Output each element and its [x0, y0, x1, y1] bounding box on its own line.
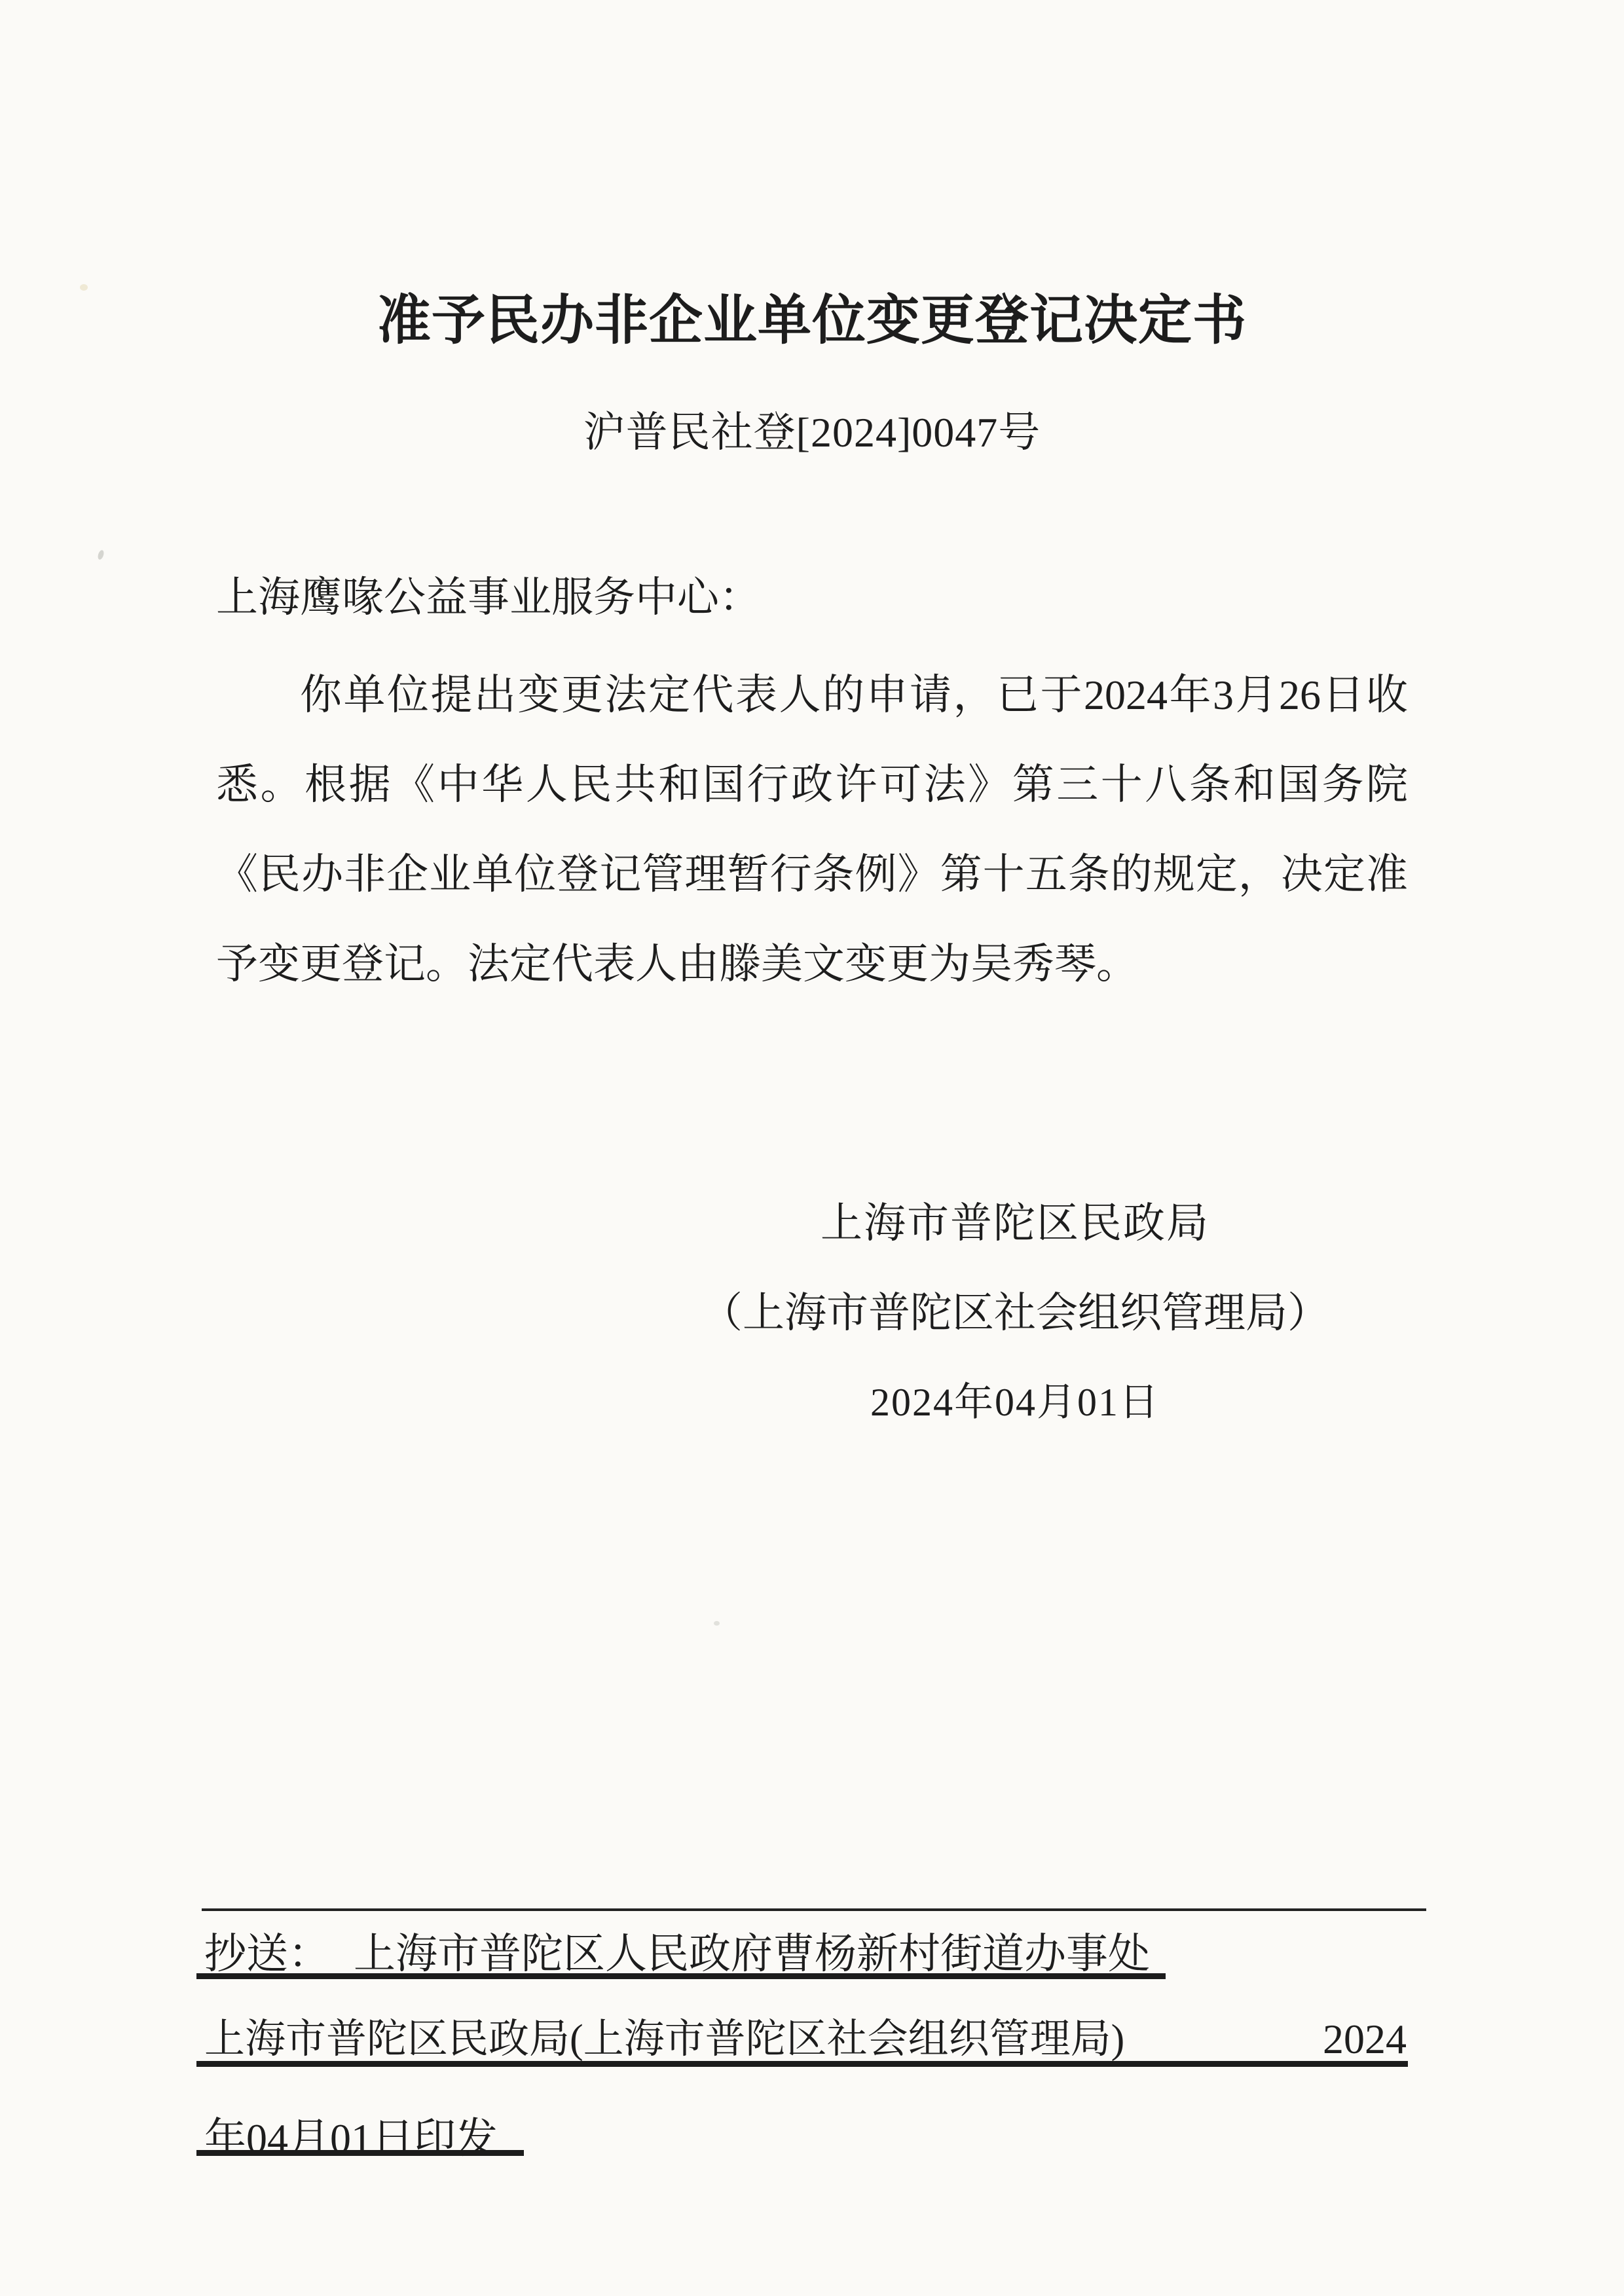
issuer-underline [196, 2061, 1408, 2067]
copy-to-label: 抄送： [204, 1931, 330, 1977]
document-title: 准予民办非企业单位变更登记决定书 [0, 282, 1624, 360]
body-paragraph: 你单位提出变更法定代表人的申请，已于2024年3月26日收 悉。根据《中华人民共… [216, 650, 1408, 1009]
signing-agency: 上海市普陀区民政局 [688, 1178, 1342, 1268]
scanned-official-document-page: 准予民办非企业单位变更登记决定书 沪普民社登[2024]0047号 上海鹰喙公益… [0, 0, 1624, 2296]
body-line-4: 予变更登记。法定代表人由滕美文变更为吴秀琴。 [216, 919, 1408, 1009]
signature-date: 2024年04月01日 [688, 1358, 1342, 1448]
copy-to-underline [196, 1973, 1166, 1979]
print-year: 2024 [1323, 2016, 1407, 2062]
issuer-line: 上海市普陀区民政局(上海市普陀区社会组织管理局) 2024 [204, 2016, 1407, 2062]
copy-to-line: 抄送：上海市普陀区人民政府曹杨新村街道办事处 [204, 1931, 1150, 1977]
scan-speck [97, 549, 105, 560]
scan-speck [714, 1621, 720, 1626]
signature-block: 上海市普陀区民政局 （上海市普陀区社会组织管理局） 2024年04月01日 [688, 1178, 1342, 1448]
document-number: 沪普民社登[2024]0047号 [0, 397, 1624, 469]
signing-agency-alternate-name: （上海市普陀区社会组织管理局） [688, 1268, 1342, 1358]
body-line-3: 《民办非企业单位登记管理暂行条例》第十五条的规定，决定准 [216, 829, 1408, 919]
body-line-2: 悉。根据《中华人民共和国行政许可法》第三十八条和国务院 [216, 740, 1408, 829]
print-date-underline [196, 2150, 524, 2156]
body-line-1: 你单位提出变更法定代表人的申请，已于2024年3月26日收 [216, 650, 1408, 740]
issuing-office: 上海市普陀区民政局(上海市普陀区社会组织管理局) [204, 2016, 1124, 2062]
copy-to-value: 上海市普陀区人民政府曹杨新村街道办事处 [354, 1931, 1150, 1977]
addressee-line: 上海鹰喙公益事业服务中心： [216, 562, 1408, 634]
footer-top-rule [202, 1908, 1426, 1911]
